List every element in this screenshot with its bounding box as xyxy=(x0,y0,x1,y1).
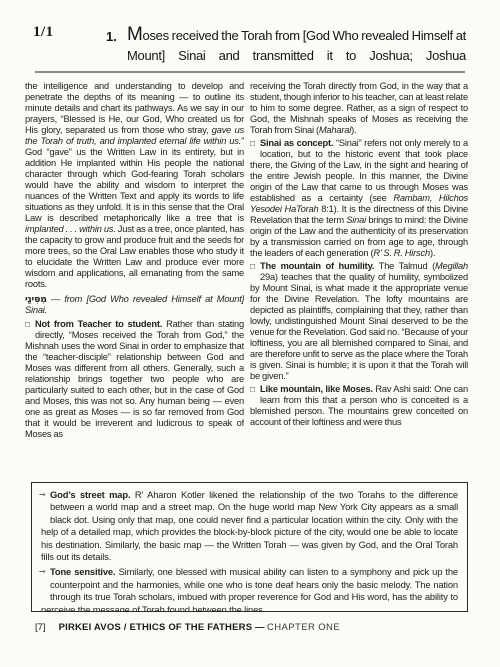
text-segment: Like mountain, like Moses. xyxy=(260,384,373,394)
commentary-paragraph: receiving the Torah directly from God, i… xyxy=(250,81,468,136)
text-segment: R’ S. R. Hirsch xyxy=(373,248,430,258)
square-bullet-icon: □ xyxy=(250,138,255,149)
footnote: ⊸God’s street map. R’ Aharon Kotler like… xyxy=(41,489,458,563)
page-locator: 1/1 xyxy=(33,24,54,41)
text-segment: implanted . . . within us xyxy=(25,224,113,234)
commentary-note-paragraph: □The mountain of humility. The Talmud (M… xyxy=(250,261,468,382)
text-segment: ” God “gave” us the Written Law in its e… xyxy=(25,136,244,223)
text-segment: 29a) teaches that the quality of humilit… xyxy=(250,272,468,381)
text-segment: Megillah xyxy=(435,261,468,271)
note-marker-icon: ⊸ xyxy=(39,566,46,578)
footer-book-title: PIRKEI AVOS / ETHICS OF THE FATHERS xyxy=(59,622,253,633)
hebrew-lead-paragraph: מִסִּינַי — from [God Who revealed Himse… xyxy=(25,294,244,316)
footer-page-number: [7] xyxy=(35,622,46,633)
note-marker-icon: ⊸ xyxy=(39,489,46,501)
commentary-right-column: receiving the Torah directly from God, i… xyxy=(250,81,468,478)
text-segment: The Talmud ( xyxy=(374,261,435,271)
footnote-box: ⊸God’s street map. R’ Aharon Kotler like… xyxy=(31,482,468,612)
text-segment: Sinai as concept. xyxy=(260,138,333,148)
mishnah-text: Moses received the Torah from [God Who r… xyxy=(127,25,466,65)
page-footer: [7]PIRKEI AVOS / ETHICS OF THE FATHERS —… xyxy=(35,622,340,633)
text-segment: receiving the Torah directly from God, i… xyxy=(250,81,468,135)
square-bullet-icon: □ xyxy=(250,261,255,272)
footnote-title: God’s street map. xyxy=(50,489,135,500)
text-segment: — xyxy=(47,294,65,304)
commentary-left-column: the intelligence and understanding to de… xyxy=(25,81,244,478)
mishnah-number: 1. xyxy=(106,29,117,44)
text-segment: Maharal xyxy=(319,125,351,135)
footnote-title: Tone sensitive. xyxy=(50,566,119,577)
commentary-note-paragraph: □Not from Teacher to student. Rather tha… xyxy=(25,319,244,440)
text-segment: ). xyxy=(430,248,435,258)
commentary-note-paragraph: □Sinai as concept. “Sinai” refers not on… xyxy=(250,138,468,259)
square-bullet-icon: □ xyxy=(250,384,255,395)
text-segment: Sinai xyxy=(346,215,366,225)
commentary-paragraph: the intelligence and understanding to de… xyxy=(25,81,244,290)
text-segment: ). xyxy=(351,125,356,135)
commentary-note-paragraph: □Like mountain, like Moses. Rav Ashi sai… xyxy=(250,384,468,428)
text-segment: Not from Teacher to student. xyxy=(35,319,162,329)
footnote: ⊸Tone sensitive. Similarly, one blessed … xyxy=(41,566,458,612)
square-bullet-icon: □ xyxy=(25,319,30,330)
text-segment: The mountain of humility. xyxy=(260,261,374,271)
text-segment: מִסִּינַי xyxy=(25,294,47,305)
footer-dash: — xyxy=(252,622,267,633)
header-divider-rule xyxy=(35,71,465,73)
footer-chapter: CHAPTER ONE xyxy=(267,622,340,633)
text-segment: Rather than stating directly, “Moses rec… xyxy=(25,319,244,439)
